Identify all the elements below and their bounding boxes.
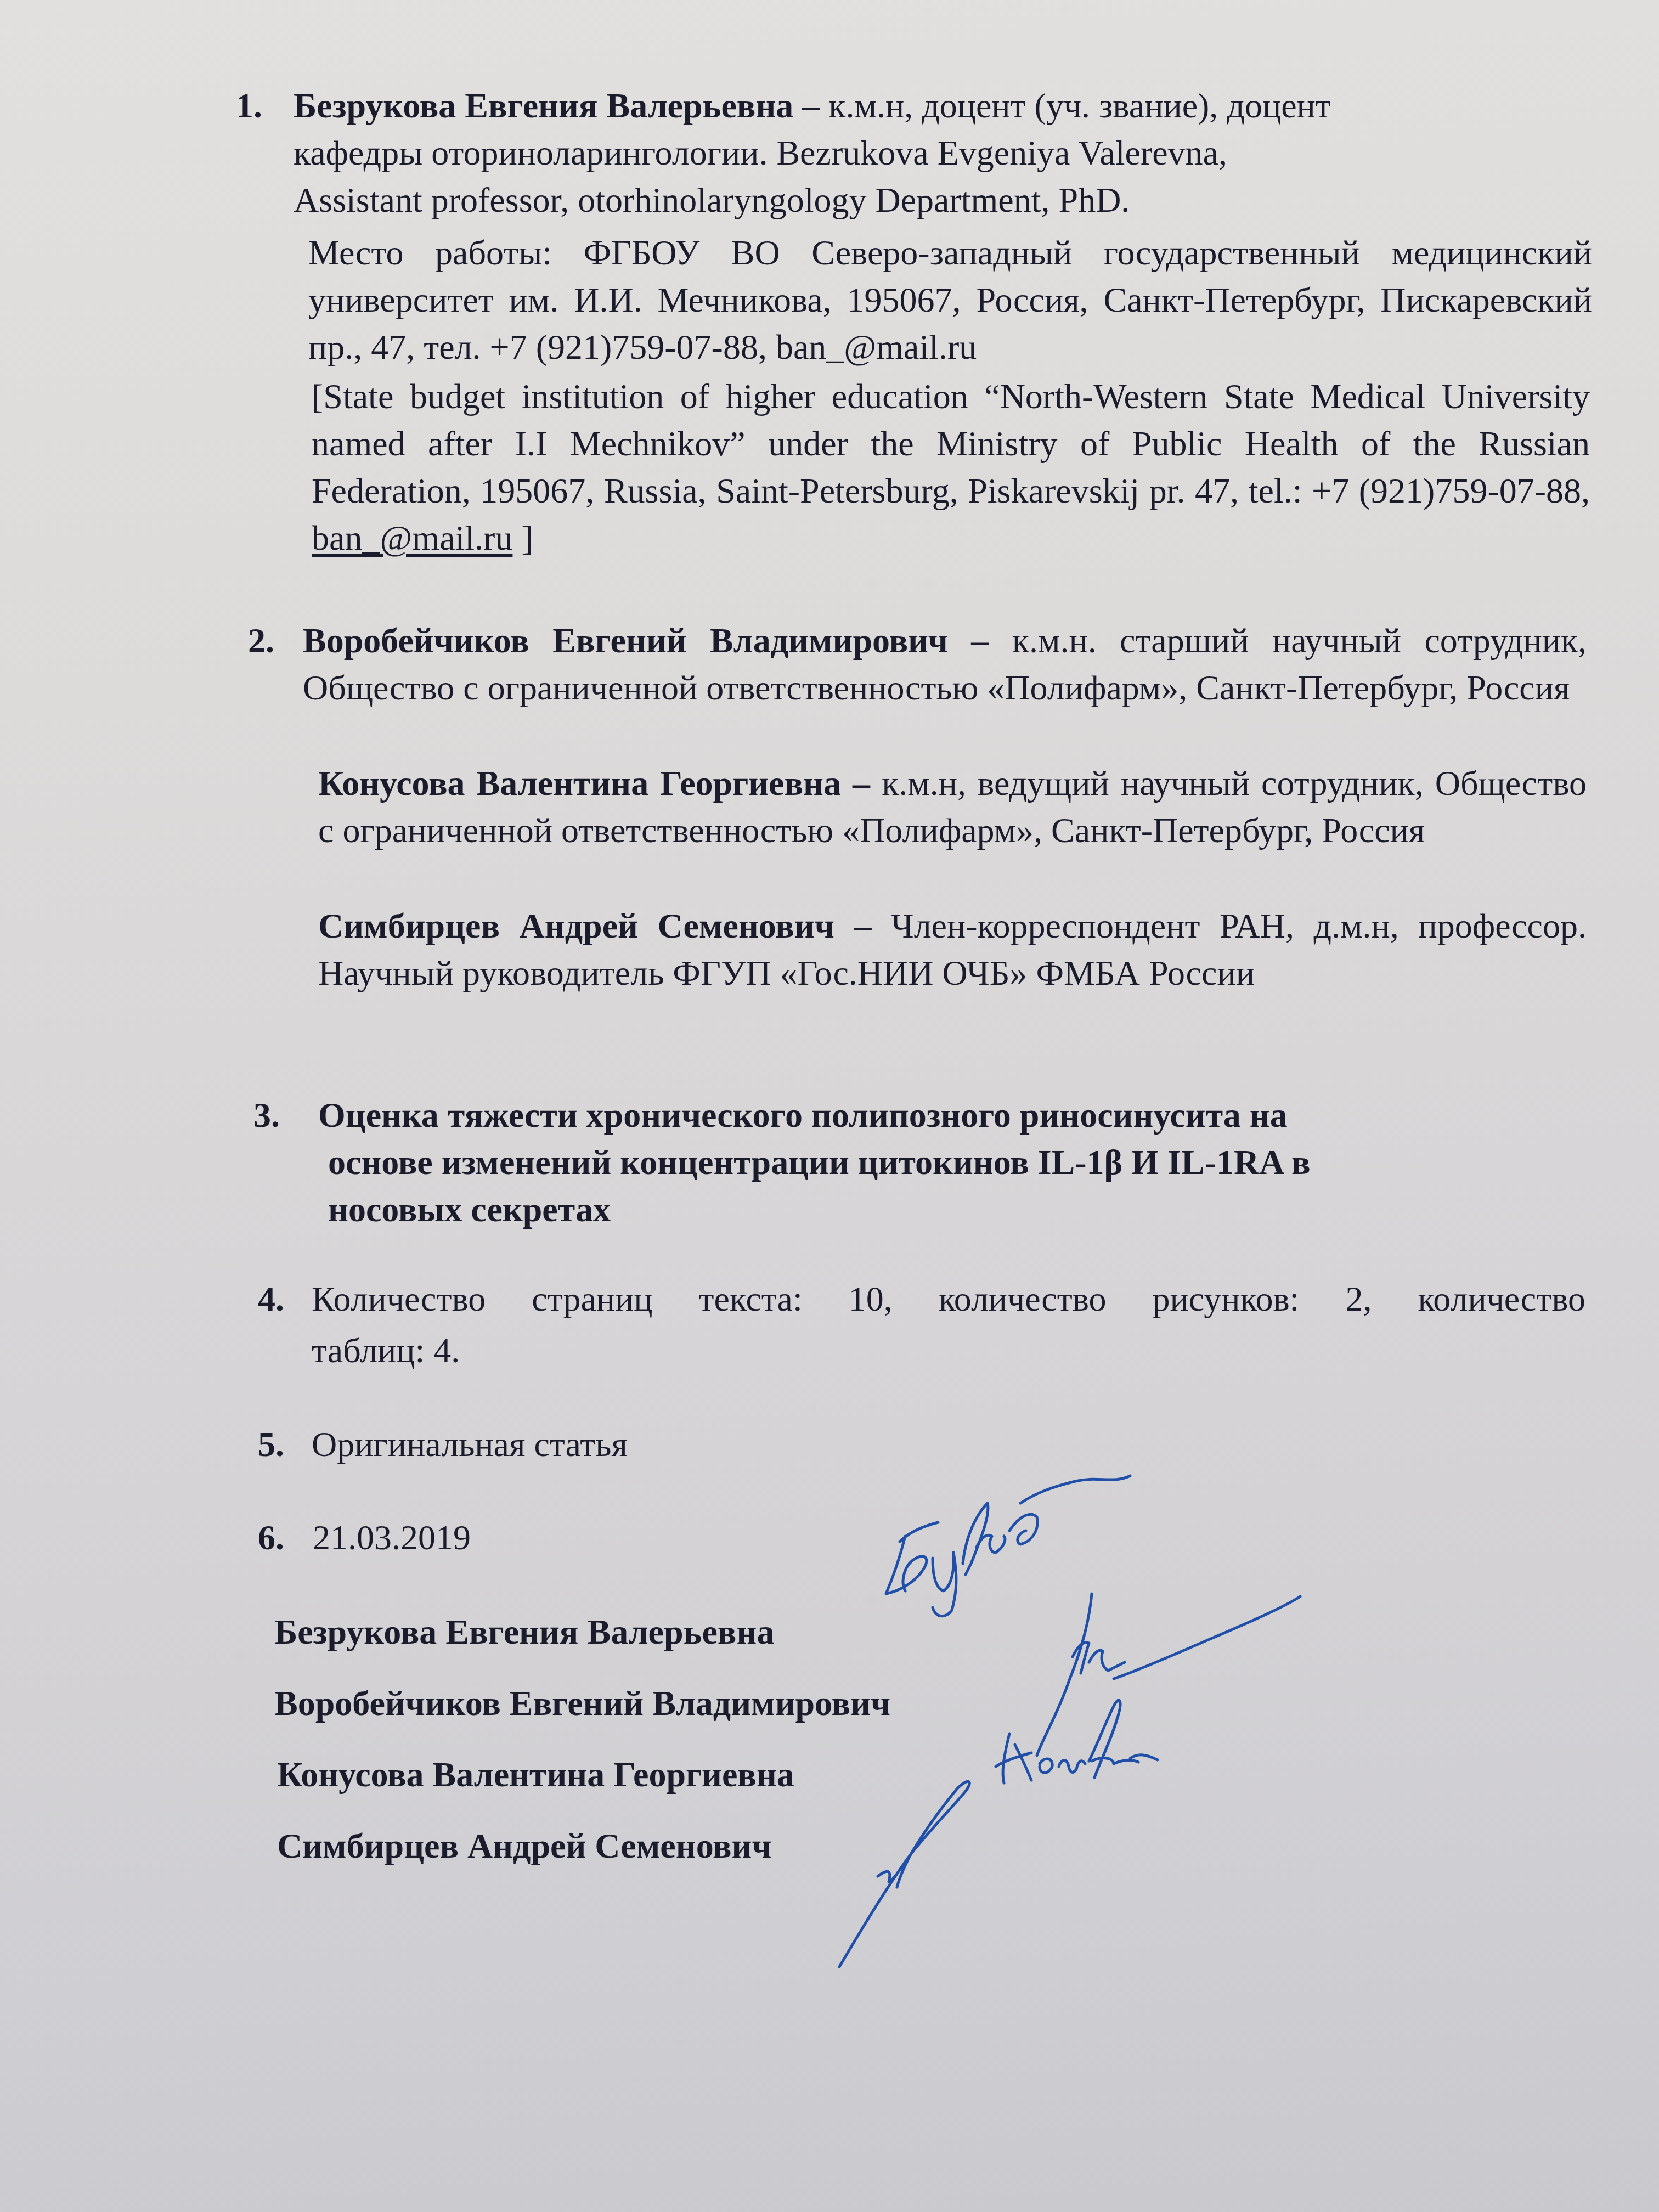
signature-konusova xyxy=(996,1700,1158,1783)
document-page: 1. Безрукова Евгения Валерьевна – к.м.н,… xyxy=(0,0,1659,2212)
handwritten-signatures xyxy=(0,0,1659,2212)
signature-simbirtsev xyxy=(839,1781,969,1967)
signature-bezrukova xyxy=(886,1476,1130,1616)
signature-vorobeichikov xyxy=(1037,1594,1300,1756)
